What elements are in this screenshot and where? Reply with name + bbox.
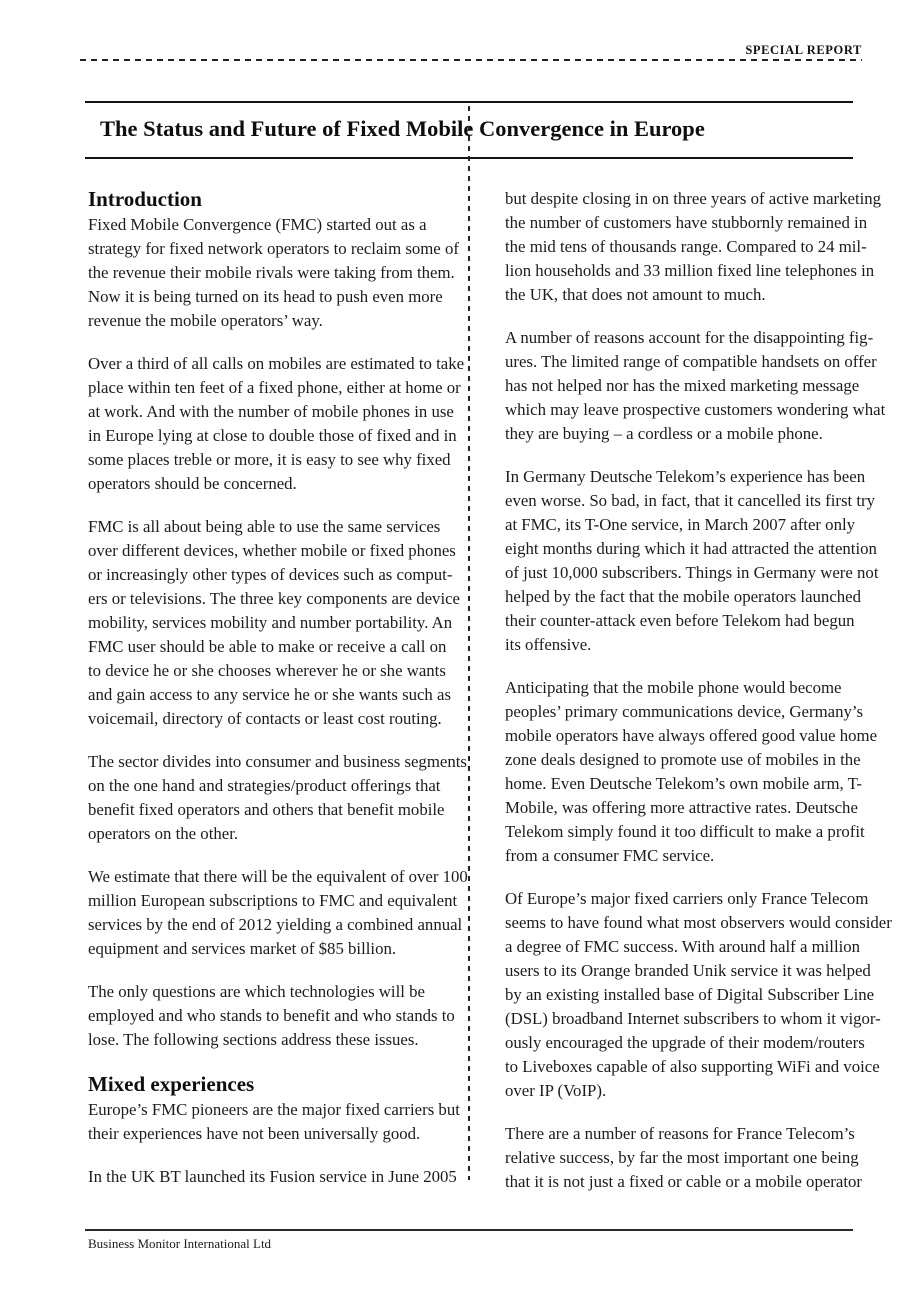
paragraph: Anticipating that the mobile phone would… xyxy=(505,676,897,868)
footer-company: Business Monitor International Ltd xyxy=(88,1236,271,1252)
paragraph: FMC is all about being able to use the s… xyxy=(88,515,472,731)
section-heading-introduction: Introduction xyxy=(88,186,472,212)
document-page: SPECIAL REPORT The Status and Future of … xyxy=(0,0,920,1302)
paragraph: Of Europe’s major fixed carriers only Fr… xyxy=(505,887,897,1103)
paragraph: The sector divides into consumer and bus… xyxy=(88,750,472,846)
header-dashed-rule xyxy=(80,59,862,61)
paragraph: We estimate that there will be the equiv… xyxy=(88,865,472,961)
paragraph: Fixed Mobile Convergence (FMC) started o… xyxy=(88,213,472,333)
paragraph: There are a number of reasons for France… xyxy=(505,1122,897,1194)
left-column: Introduction Fixed Mobile Convergence (F… xyxy=(88,186,472,1208)
paragraph: Europe’s FMC pioneers are the major fixe… xyxy=(88,1098,472,1146)
section-heading-mixed-experiences: Mixed experiences xyxy=(88,1071,472,1097)
paragraph: A number of reasons account for the disa… xyxy=(505,326,897,446)
paragraph: In Germany Deutsche Telekom’s experience… xyxy=(505,465,897,657)
report-type-label: SPECIAL REPORT xyxy=(745,43,862,58)
paragraph: In the UK BT launched its Fusion service… xyxy=(88,1165,472,1189)
paragraph: Over a third of all calls on mobiles are… xyxy=(88,352,472,496)
right-column: but despite closing in on three years of… xyxy=(505,187,897,1213)
paragraph: The only questions are which technologie… xyxy=(88,980,472,1052)
paragraph: but despite closing in on three years of… xyxy=(505,187,897,307)
footer-rule xyxy=(85,1229,853,1231)
page-title: The Status and Future of Fixed Mobile Co… xyxy=(100,113,853,145)
